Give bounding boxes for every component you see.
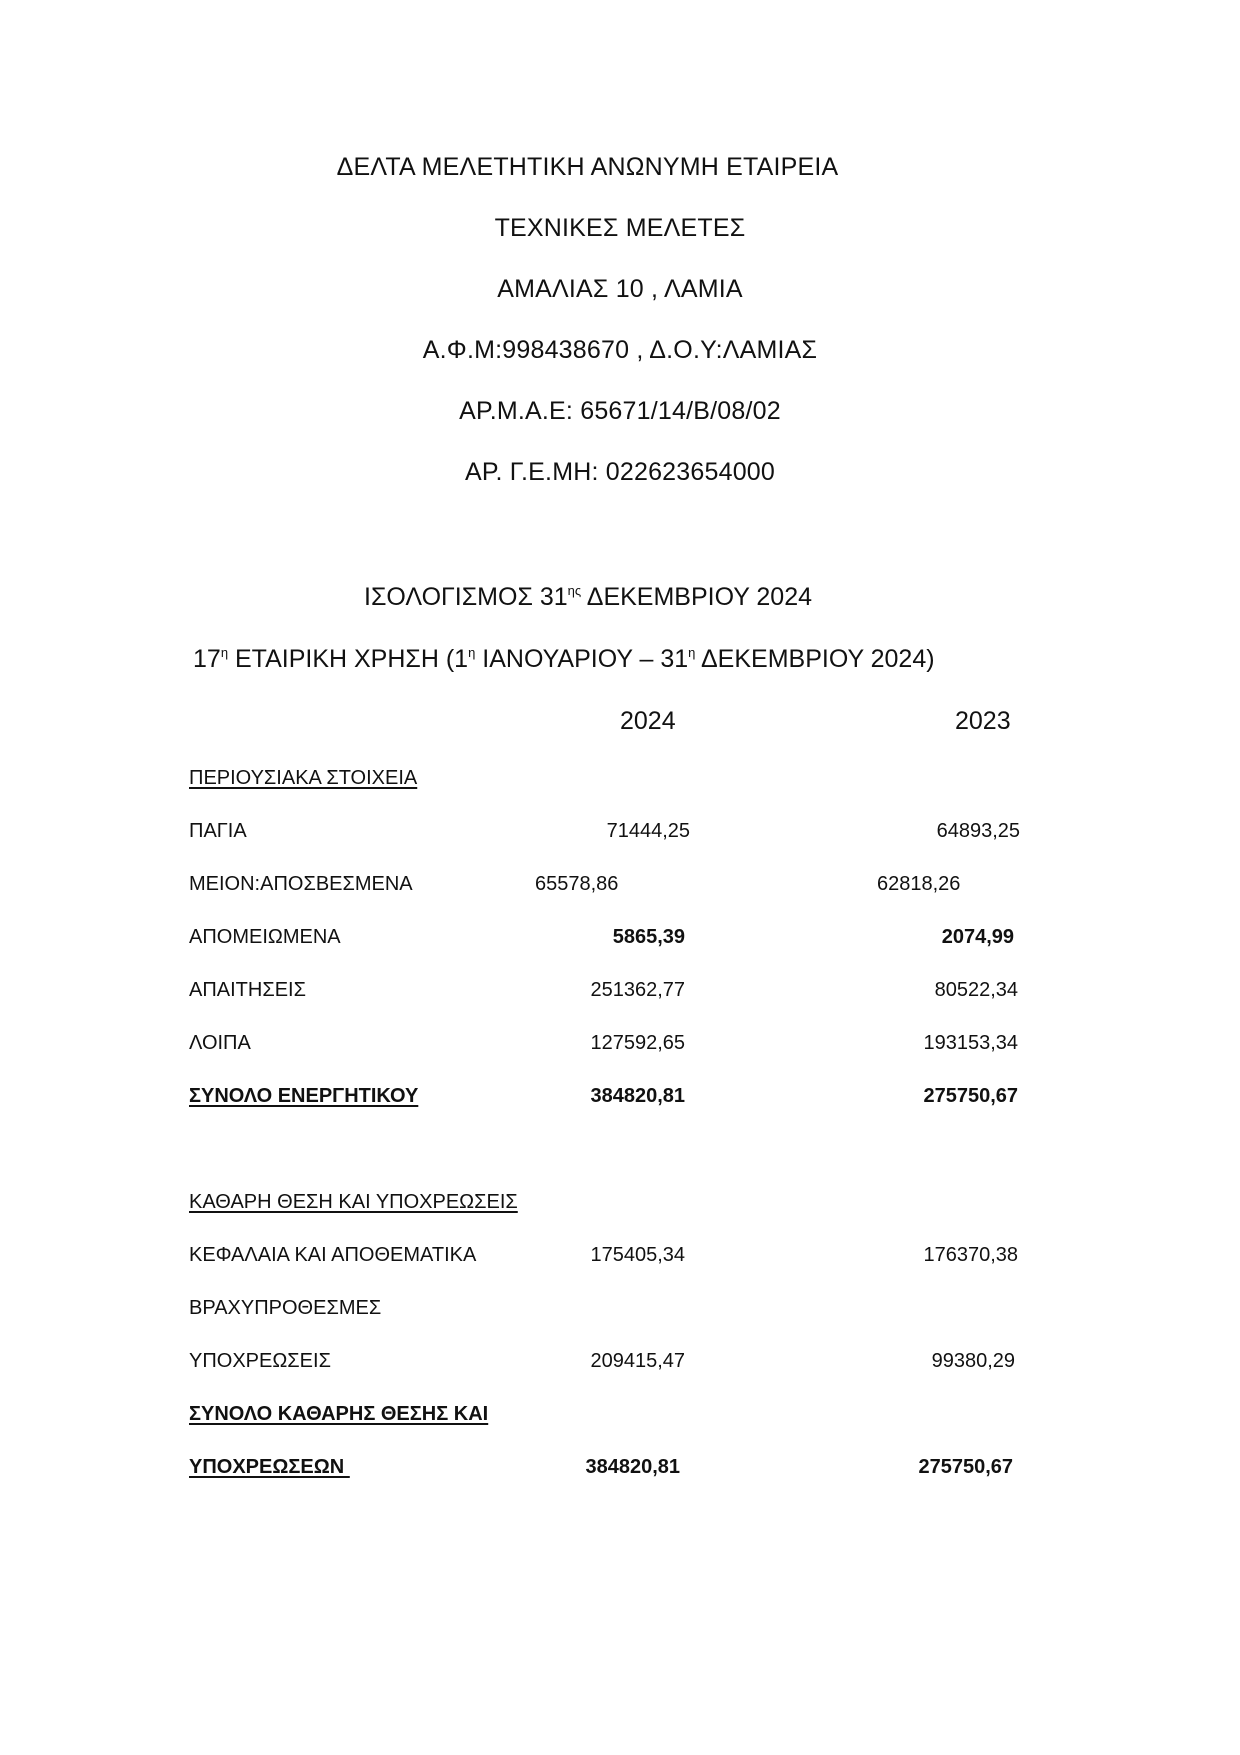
company-name: ΔΕΛΤΑ ΜΕΛΕΤΗΤΙΚΗ ΑΝΩΝΥΜΗ ΕΤΑΙΡΕΙΑ bbox=[0, 153, 1175, 182]
liabilities-heading-row: ΚΑΘΑΡΗ ΘΕΣΗ ΚΑΙ ΥΠΟΧΡΕΩΣΕΙΣ bbox=[0, 1191, 1240, 1219]
table-row: ΒΡΑΧΥΠΡΟΘΕΣΜΕΣ bbox=[0, 1297, 1240, 1325]
liabilities-heading: ΚΑΘΑΡΗ ΘΕΣΗ ΚΑΙ ΥΠΟΧΡΕΩΣΕΙΣ bbox=[189, 1191, 518, 1214]
assets-total-label: ΣΥΝΟΛΟ ΕΝΕΡΓΗΤΙΚΟΥ bbox=[189, 1085, 418, 1108]
liabilities-total-row: ΥΠΟΧΡΕΩΣΕΩΝ 384820,81 275750,67 bbox=[0, 1456, 1240, 1484]
fiscal-period: 17η ΕΤΑΙΡΙΚΗ ΧΡΗΣΗ (1η ΙΑΝΟΥΑΡΙΟΥ – 31η … bbox=[193, 645, 935, 674]
company-ar-mae: ΑΡ.Μ.Α.Ε: 65671/14/Β/08/02 bbox=[0, 397, 1240, 426]
assets-heading: ΠΕΡΙΟΥΣΙΑΚΑ ΣΤΟΙΧΕΙΑ bbox=[189, 767, 417, 790]
table-row: ΑΠΟΜΕΙΩΜΕΝΑ 5865,39 2074,99 bbox=[0, 926, 1240, 954]
assets-total-row: ΣΥΝΟΛΟ ΕΝΕΡΓΗΤΙΚΟΥ 384820,81 275750,67 bbox=[0, 1085, 1240, 1113]
table-row: ΛΟΙΠΑ 127592,65 193153,34 bbox=[0, 1032, 1240, 1060]
table-row: ΑΠΑΙΤΗΣΕΙΣ 251362,77 80522,34 bbox=[0, 979, 1240, 1007]
table-row: ΜΕΙΟΝ:ΑΠΟΣΒΕΣΜΕΝΑ 65578,86 62818,26 bbox=[0, 873, 1240, 901]
column-header-2023: 2023 bbox=[955, 707, 1011, 736]
company-ar-gemh: ΑΡ. Γ.Ε.ΜΗ: 022623654000 bbox=[0, 458, 1240, 487]
liabilities-total-row-label: ΣΥΝΟΛΟ ΚΑΘΑΡΗΣ ΘΕΣΗΣ ΚΑΙ bbox=[0, 1403, 1240, 1431]
table-row: ΚΕΦΑΛΑΙΑ ΚΑΙ ΑΠΟΘΕΜΑΤΙΚΑ 175405,34 17637… bbox=[0, 1244, 1240, 1272]
company-address: ΑΜΑΛΙΑΣ 10 , ΛΑΜΙΑ bbox=[0, 275, 1240, 304]
balance-sheet-page: ΔΕΛΤΑ ΜΕΛΕΤΗΤΙΚΗ ΑΝΩΝΥΜΗ ΕΤΑΙΡΕΙΑ ΤΕΧΝΙΚ… bbox=[0, 0, 1240, 1755]
table-row: ΥΠΟΧΡΕΩΣΕΙΣ 209415,47 99380,29 bbox=[0, 1350, 1240, 1378]
company-activity: ΤΕΧΝΙΚΕΣ ΜΕΛΕΤΕΣ bbox=[0, 214, 1240, 243]
company-tax-info: Α.Φ.Μ:998438670 , Δ.Ο.Υ:ΛΑΜΙΑΣ bbox=[0, 336, 1240, 365]
table-row: ΠΑΓΙΑ 71444,25 64893,25 bbox=[0, 820, 1240, 848]
assets-heading-row: ΠΕΡΙΟΥΣΙΑΚΑ ΣΤΟΙΧΕΙΑ bbox=[0, 767, 1240, 795]
statement-title: ΙΣΟΛΟΓΙΣΜΟΣ 31ης ΔΕΚΕΜΒΡΙΟΥ 2024 bbox=[364, 583, 812, 612]
column-header-2024: 2024 bbox=[620, 707, 676, 736]
